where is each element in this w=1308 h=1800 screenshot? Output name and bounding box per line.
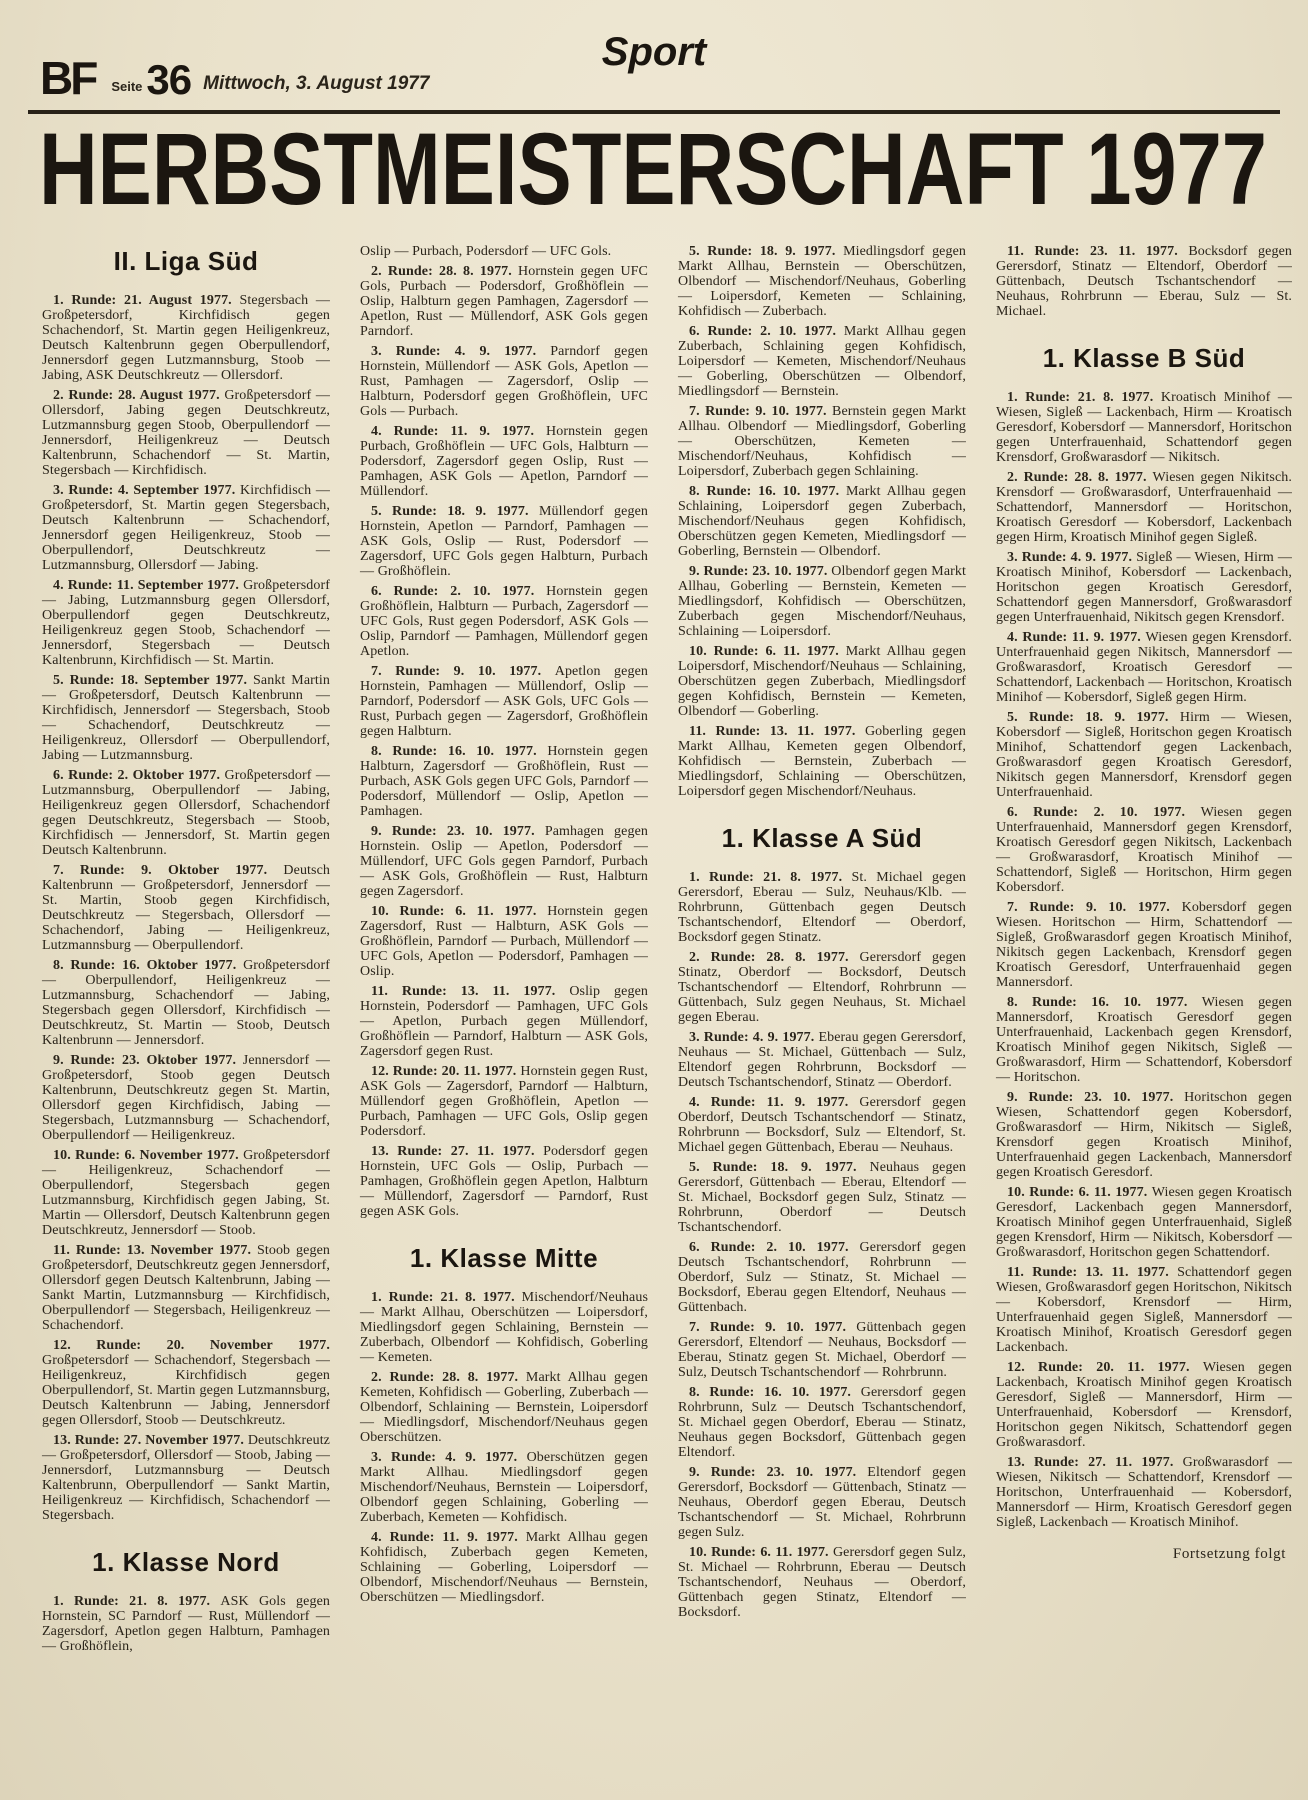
round-date-lead: 4. Runde: 11. 9. 1977. xyxy=(689,1095,859,1110)
round-date-lead: 4. Runde: 11. 9. 1977. xyxy=(371,1530,526,1545)
fixture-paragraph: 7. Runde: 9. 10. 1977. Bernstein gegen M… xyxy=(678,404,966,479)
text-column-2: Oslip — Purbach, Podersdorf — UFC Gols.2… xyxy=(360,244,648,1764)
fixture-paragraph: 12. Runde: 20. 11. 1977. Hornstein gegen… xyxy=(360,1064,648,1139)
text-column-1: II. Liga Süd1. Runde: 21. August 1977. S… xyxy=(42,244,330,1764)
round-date-lead: 3. Runde: 4. 9. 1977. xyxy=(1007,550,1136,565)
round-date-lead: 7. Runde: 9. 10. 1977. xyxy=(689,404,832,419)
text-column-4: 11. Runde: 23. 11. 1977. Bocksdorf gegen… xyxy=(996,244,1292,1764)
round-date-lead: 9. Runde: 23. 10. 1977. xyxy=(689,564,831,579)
round-date-lead: 5. Runde: 18. 9. 1977. xyxy=(689,244,843,259)
main-headline: HERBSTMEISTERSCHAFT 1977 xyxy=(0,114,1308,220)
fixture-paragraph: 1. Runde: 21. August 1977. Stegersbach —… xyxy=(42,293,330,383)
fixture-paragraph: 2. Runde: 28. 8. 1977. Gerersdorf gegen … xyxy=(678,950,966,1025)
round-date-lead: 2. Runde: 28. 8. 1977. xyxy=(689,950,860,965)
fixture-paragraph: 2. Runde: 28. 8. 1977. Markt Allhau gege… xyxy=(360,1370,648,1445)
round-date-lead: 5. Runde: 18. 9. 1977. xyxy=(689,1160,870,1175)
round-date-lead: 8. Runde: 16. 10. 1977. xyxy=(371,744,547,759)
fixture-paragraph: 4. Runde: 11. 9. 1977. Hornstein gegen P… xyxy=(360,424,648,499)
round-date-lead: 3. Runde: 4. 9. 1977. xyxy=(371,1450,527,1465)
fixture-paragraph: 8. Runde: 16. Oktober 1977. Großpetersdo… xyxy=(42,958,330,1048)
round-date-lead: 5. Runde: 18. September 1977. xyxy=(53,673,253,688)
round-date-lead: 7. Runde: 9. 10. 1977. xyxy=(689,1320,856,1335)
fixture-paragraph: 9. Runde: 23. 10. 1977. Pamhagen gegen H… xyxy=(360,824,648,899)
fixture-paragraph: 1. Runde: 21. 8. 1977. Mischendorf/Neuha… xyxy=(360,1290,648,1365)
fixture-paragraph: 2. Runde: 28. 8. 1977. Wiesen gegen Niki… xyxy=(996,470,1292,545)
section-title: Sport xyxy=(602,30,706,75)
round-date-lead: 1. Runde: 21. 8. 1977. xyxy=(53,1594,220,1609)
fixture-paragraph: 1. Runde: 21. 8. 1977. Kroatisch Minihof… xyxy=(996,390,1292,465)
fixture-paragraph: 3. Runde: 4. 9. 1977. Oberschützen gegen… xyxy=(360,1450,648,1525)
round-date-lead: 8. Runde: 16. 10. 1977. xyxy=(1007,995,1202,1010)
round-date-lead: 9. Runde: 23. 10. 1977. xyxy=(371,824,545,839)
round-date-lead: 11. Runde: 13. 11. 1977. xyxy=(1007,1265,1177,1280)
page-label: Seite xyxy=(111,79,142,94)
fixture-paragraph: 9. Runde: 23. 10. 1977. Horitschon gegen… xyxy=(996,1090,1292,1180)
round-date-lead: 5. Runde: 18. 9. 1977. xyxy=(1007,710,1180,725)
fixture-paragraph: 6. Runde: 2. 10. 1977. Markt Allhau gege… xyxy=(678,324,966,399)
fixture-paragraph: 3. Runde: 4. September 1977. Kirchfidisc… xyxy=(42,483,330,573)
section-heading: 1. Klasse B Süd xyxy=(996,343,1292,374)
fixture-paragraph: 6. Runde: 2. Oktober 1977. Großpetersdor… xyxy=(42,768,330,858)
round-date-lead: 11. Runde: 13. 11. 1977. xyxy=(371,984,569,999)
round-date-lead: 5. Runde: 18. 9. 1977. xyxy=(371,504,539,519)
fixture-paragraph: 8. Runde: 16. 10. 1977. Markt Allhau geg… xyxy=(678,484,966,559)
fixture-paragraph: 6. Runde: 2. 10. 1977. Wiesen gegen Unte… xyxy=(996,805,1292,895)
round-date-lead: 2. Runde: 28. 8. 1977. xyxy=(371,264,518,279)
round-date-lead: 1. Runde: 21. August 1977. xyxy=(53,293,239,308)
carryover-paragraph: Oslip — Purbach, Podersdorf — UFC Gols. xyxy=(360,244,648,259)
fixture-paragraph: 5. Runde: 18. 9. 1977. Neuhaus gegen Ger… xyxy=(678,1160,966,1235)
fixture-paragraph: 13. Runde: 27. 11. 1977. Podersdorf gege… xyxy=(360,1144,648,1219)
round-date-lead: 2. Runde: 28. 8. 1977. xyxy=(1007,470,1152,485)
fixture-paragraph: 8. Runde: 16. 10. 1977. Wiesen gegen Man… xyxy=(996,995,1292,1085)
fixture-paragraph: 12. Runde: 20. November 1977. Großpeters… xyxy=(42,1338,330,1428)
round-date-lead: 10. Runde: 6. 11. 1977. xyxy=(371,904,547,919)
round-date-lead: 13. Runde: 27. 11. 1977. xyxy=(371,1144,543,1159)
headline-text: HERBSTMEISTERSCHAFT 1977 xyxy=(39,122,1267,220)
round-date-lead: 2. Runde: 28. 8. 1977. xyxy=(371,1370,526,1385)
fixture-columns: II. Liga Süd1. Runde: 21. August 1977. S… xyxy=(0,220,1308,1764)
fixture-paragraph: 10. Runde: 6. 11. 1977. Markt Allhau geg… xyxy=(678,644,966,719)
fixture-paragraph: 2. Runde: 28. 8. 1977. Hornstein gegen U… xyxy=(360,264,648,339)
round-date-lead: 6. Runde: 2. 10. 1977. xyxy=(689,1240,860,1255)
round-date-lead: 11. Runde: 13. 11. 1977. xyxy=(689,724,865,739)
fixture-paragraph: 4. Runde: 11. 9. 1977. Gerersdorf gegen … xyxy=(678,1095,966,1155)
round-date-lead: 7. Runde: 9. 10. 1977. xyxy=(1007,900,1182,915)
fixture-paragraph: 9. Runde: 23. Oktober 1977. Jennersdorf … xyxy=(42,1053,330,1143)
round-date-lead: 12. Runde: 20. 11. 1977. xyxy=(1007,1360,1203,1375)
section-heading: 1. Klasse Nord xyxy=(42,1547,330,1578)
round-date-lead: 7. Runde: 9. Oktober 1977. xyxy=(53,863,283,878)
fixture-paragraph: 1. Runde: 21. 8. 1977. ASK Gols gegen Ho… xyxy=(42,1594,330,1654)
fixture-paragraph: 13. Runde: 27. 11. 1977. Großwarasdorf —… xyxy=(996,1455,1292,1530)
round-date-lead: 9. Runde: 23. 10. 1977. xyxy=(1007,1090,1184,1105)
dateline: Mittwoch, 3. August 1977 xyxy=(203,73,429,95)
round-date-lead: 2. Runde: 28. August 1977. xyxy=(53,388,224,403)
section-heading: 1. Klasse A Süd xyxy=(678,823,966,854)
round-date-lead: 8. Runde: 16. 10. 1977. xyxy=(689,1385,861,1400)
fixture-paragraph: 12. Runde: 20. 11. 1977. Wiesen gegen La… xyxy=(996,1360,1292,1450)
fixture-paragraph: 11. Runde: 13. 11. 1977. Schattendorf ge… xyxy=(996,1265,1292,1355)
round-date-lead: 1. Runde: 21. 8. 1977. xyxy=(371,1290,522,1305)
fixture-paragraph: 10. Runde: 6. 11. 1977. Gerersdorf gegen… xyxy=(678,1545,966,1620)
round-date-lead: 3. Runde: 4. September 1977. xyxy=(53,483,240,498)
newspaper-logo: BF xyxy=(40,59,95,98)
round-date-lead: 10. Runde: 6. 11. 1977. xyxy=(689,644,846,659)
fixture-paragraph: 4. Runde: 11. 9. 1977. Wiesen gegen Kren… xyxy=(996,630,1292,705)
round-date-lead: 10. Runde: 6. 11. 1977. xyxy=(1007,1185,1152,1200)
masthead: BF Seite 36 Mittwoch, 3. August 1977 Spo… xyxy=(0,0,1308,98)
fixture-paragraph: 6. Runde: 2. 10. 1977. Hornstein gegen G… xyxy=(360,584,648,659)
page-number: 36 xyxy=(146,62,191,98)
fixture-paragraph: 8. Runde: 16. 10. 1977. Hornstein gegen … xyxy=(360,744,648,819)
round-date-lead: 7. Runde: 9. 10. 1977. xyxy=(371,664,555,679)
fixture-paragraph: 5. Runde: 18. 9. 1977. Müllendorf gegen … xyxy=(360,504,648,579)
round-date-lead: 9. Runde: 23. 10. 1977. xyxy=(689,1465,867,1480)
round-date-lead: 6. Runde: 2. 10. 1977. xyxy=(689,324,844,339)
fixture-paragraph: 10. Runde: 6. November 1977. Großpetersd… xyxy=(42,1148,330,1238)
section-heading: 1. Klasse Mitte xyxy=(360,1243,648,1274)
fixture-paragraph: 5. Runde: 18. 9. 1977. Hirm — Wiesen, Ko… xyxy=(996,710,1292,800)
fixture-paragraph: 7. Runde: 9. 10. 1977. Apetlon gegen Hor… xyxy=(360,664,648,739)
fixture-paragraph: 11. Runde: 13. 11. 1977. Goberling gegen… xyxy=(678,724,966,799)
newspaper-page: BF Seite 36 Mittwoch, 3. August 1977 Spo… xyxy=(0,0,1308,1800)
round-date-lead: 1. Runde: 21. 8. 1977. xyxy=(1007,390,1161,405)
round-date-lead: 6. Runde: 2. Oktober 1977. xyxy=(53,768,225,783)
fixture-paragraph: 4. Runde: 11. September 1977. Großpeters… xyxy=(42,578,330,668)
text-column-3: 5. Runde: 18. 9. 1977. Miedlingsdorf geg… xyxy=(678,244,966,1764)
fixture-paragraph: 5. Runde: 18. September 1977. Sankt Mart… xyxy=(42,673,330,763)
round-date-lead: 10. Runde: 6. 11. 1977. xyxy=(689,1545,833,1560)
round-date-lead: 4. Runde: 11. September 1977. xyxy=(53,578,243,593)
round-date-lead: 12. Runde: 20. November 1977. xyxy=(53,1338,330,1353)
fixture-paragraph: 10. Runde: 6. 11. 1977. Hornstein gegen … xyxy=(360,904,648,979)
round-date-lead: 12. Runde: 20. 11. 1977. xyxy=(371,1064,520,1079)
fixture-paragraph: 11. Runde: 13. November 1977. Stoob gege… xyxy=(42,1243,330,1333)
fixture-paragraph: 10. Runde: 6. 11. 1977. Wiesen gegen Kro… xyxy=(996,1185,1292,1260)
round-date-lead: 1. Runde: 21. 8. 1977. xyxy=(689,870,851,885)
round-date-lead: 3. Runde: 4. 9. 1977. xyxy=(689,1030,818,1045)
fixture-paragraph: 7. Runde: 9. 10. 1977. Kobersdorf gegen … xyxy=(996,900,1292,990)
fixture-paragraph: 1. Runde: 21. 8. 1977. St. Michael gegen… xyxy=(678,870,966,945)
round-date-lead: 8. Runde: 16. 10. 1977. xyxy=(689,484,846,499)
headline-svg: HERBSTMEISTERSCHAFT 1977 xyxy=(38,122,1270,220)
round-date-lead: 6. Runde: 2. 10. 1977. xyxy=(1007,805,1201,820)
fixture-paragraph: 11. Runde: 13. 11. 1977. Oslip gegen Hor… xyxy=(360,984,648,1059)
fixture-paragraph: 9. Runde: 23. 10. 1977. Eltendorf gegen … xyxy=(678,1465,966,1540)
round-date-lead: 10. Runde: 6. November 1977. xyxy=(53,1148,243,1163)
fixture-paragraph: 7. Runde: 9. Oktober 1977. Deutsch Kalte… xyxy=(42,863,330,953)
round-date-lead: 13. Runde: 27. November 1977. xyxy=(53,1433,248,1448)
fixture-paragraph: 11. Runde: 23. 11. 1977. Bocksdorf gegen… xyxy=(996,244,1292,319)
round-date-lead: 11. Runde: 23. 11. 1977. xyxy=(1007,244,1188,259)
fixture-paragraph: 8. Runde: 16. 10. 1977. Gerersdorf gegen… xyxy=(678,1385,966,1460)
section-heading: II. Liga Süd xyxy=(42,246,330,277)
round-date-lead: 4. Runde: 11. 9. 1977. xyxy=(371,424,546,439)
round-date-lead: 3. Runde: 4. 9. 1977. xyxy=(371,344,550,359)
fixture-paragraph: 3. Runde: 4. 9. 1977. Parndorf gegen Hor… xyxy=(360,344,648,419)
fixture-paragraph: 3. Runde: 4. 9. 1977. Sigleß — Wiesen, H… xyxy=(996,550,1292,625)
round-date-lead: 6. Runde: 2. 10. 1977. xyxy=(371,584,546,599)
continuation-note: Fortsetzung folgt xyxy=(996,1546,1286,1563)
fixture-paragraph: 9. Runde: 23. 10. 1977. Olbendorf gegen … xyxy=(678,564,966,639)
round-date-lead: 4. Runde: 11. 9. 1977. xyxy=(1007,630,1146,645)
round-date-lead: 8. Runde: 16. Oktober 1977. xyxy=(53,958,243,973)
fixture-paragraph: 13. Runde: 27. November 1977. Deutschkre… xyxy=(42,1433,330,1523)
round-date-lead: 13. Runde: 27. 11. 1977. xyxy=(1007,1455,1183,1470)
fixture-paragraph: 4. Runde: 11. 9. 1977. Markt Allhau gege… xyxy=(360,1530,648,1605)
fixture-paragraph: 2. Runde: 28. August 1977. Großpetersdor… xyxy=(42,388,330,478)
round-date-lead: 9. Runde: 23. Oktober 1977. xyxy=(53,1053,243,1068)
fixture-paragraph: 6. Runde: 2. 10. 1977. Gerersdorf gegen … xyxy=(678,1240,966,1315)
fixture-paragraph: 3. Runde: 4. 9. 1977. Eberau gegen Gerer… xyxy=(678,1030,966,1090)
fixture-paragraph: 7. Runde: 9. 10. 1977. Güttenbach gegen … xyxy=(678,1320,966,1380)
fixture-paragraph: 5. Runde: 18. 9. 1977. Miedlingsdorf geg… xyxy=(678,244,966,319)
round-date-lead: 11. Runde: 13. November 1977. xyxy=(53,1243,257,1258)
